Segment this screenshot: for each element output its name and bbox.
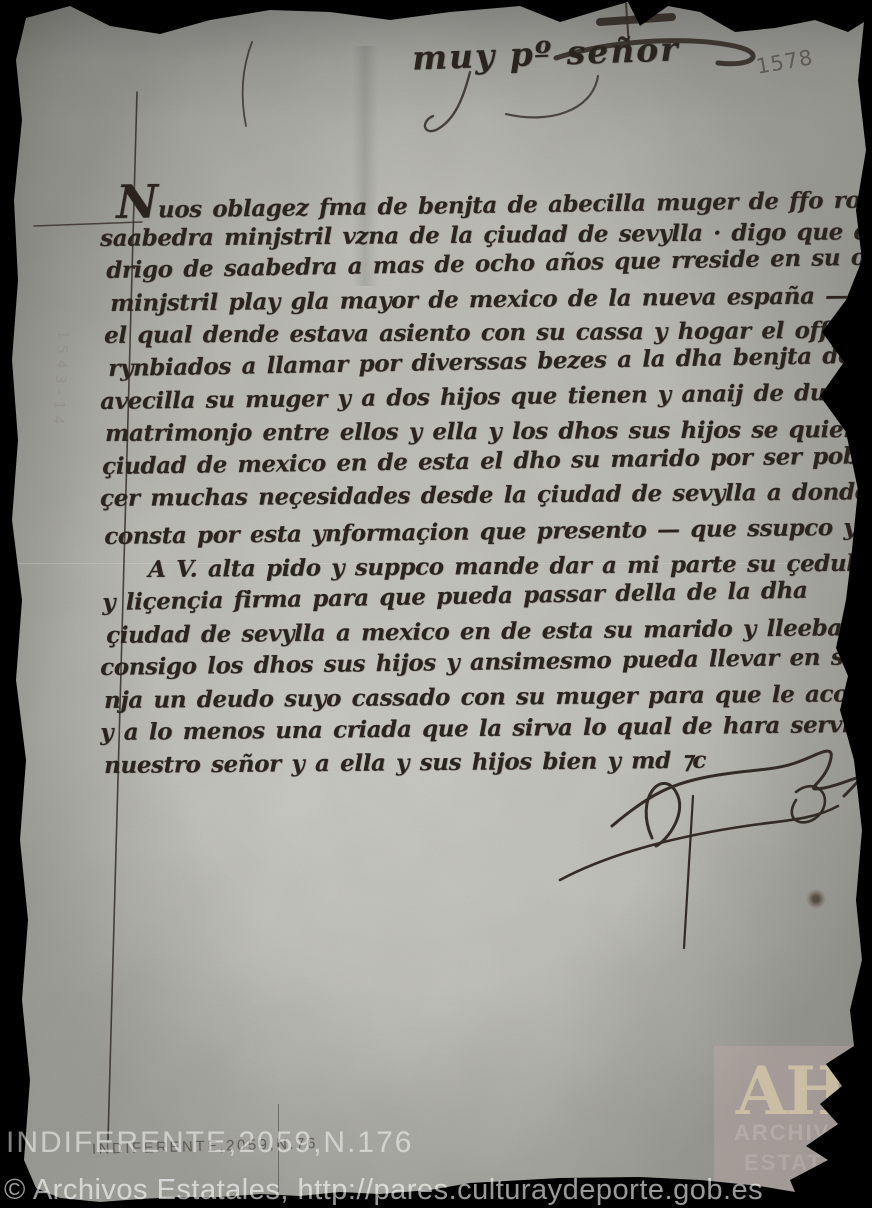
scanned-document-image: muy pº señor 1578 Nuos oblagez fma de be… <box>0 0 872 1208</box>
manuscript-line: matrimonjo entre ellos y ella y los dhos… <box>105 415 872 447</box>
archivo-watermark-text: ARCHIVOS <box>734 1120 866 1146</box>
ink-stain <box>806 889 826 909</box>
fold-streak <box>352 46 378 286</box>
reference-watermark: INDIFERENTE,2059,N.176 <box>6 1126 413 1160</box>
archivo-logo-watermark: AH <box>736 1052 846 1130</box>
manuscript-page: muy pº señor 1578 Nuos oblagez fma de be… <box>0 0 872 1208</box>
archivo-watermark-text: ESTATALES <box>744 1150 872 1176</box>
copyright-watermark: © Archivos Estatales, http://pares.cultu… <box>4 1174 763 1207</box>
manuscript-line: nuestro señor y a ella y sus hijos bien … <box>104 747 706 779</box>
